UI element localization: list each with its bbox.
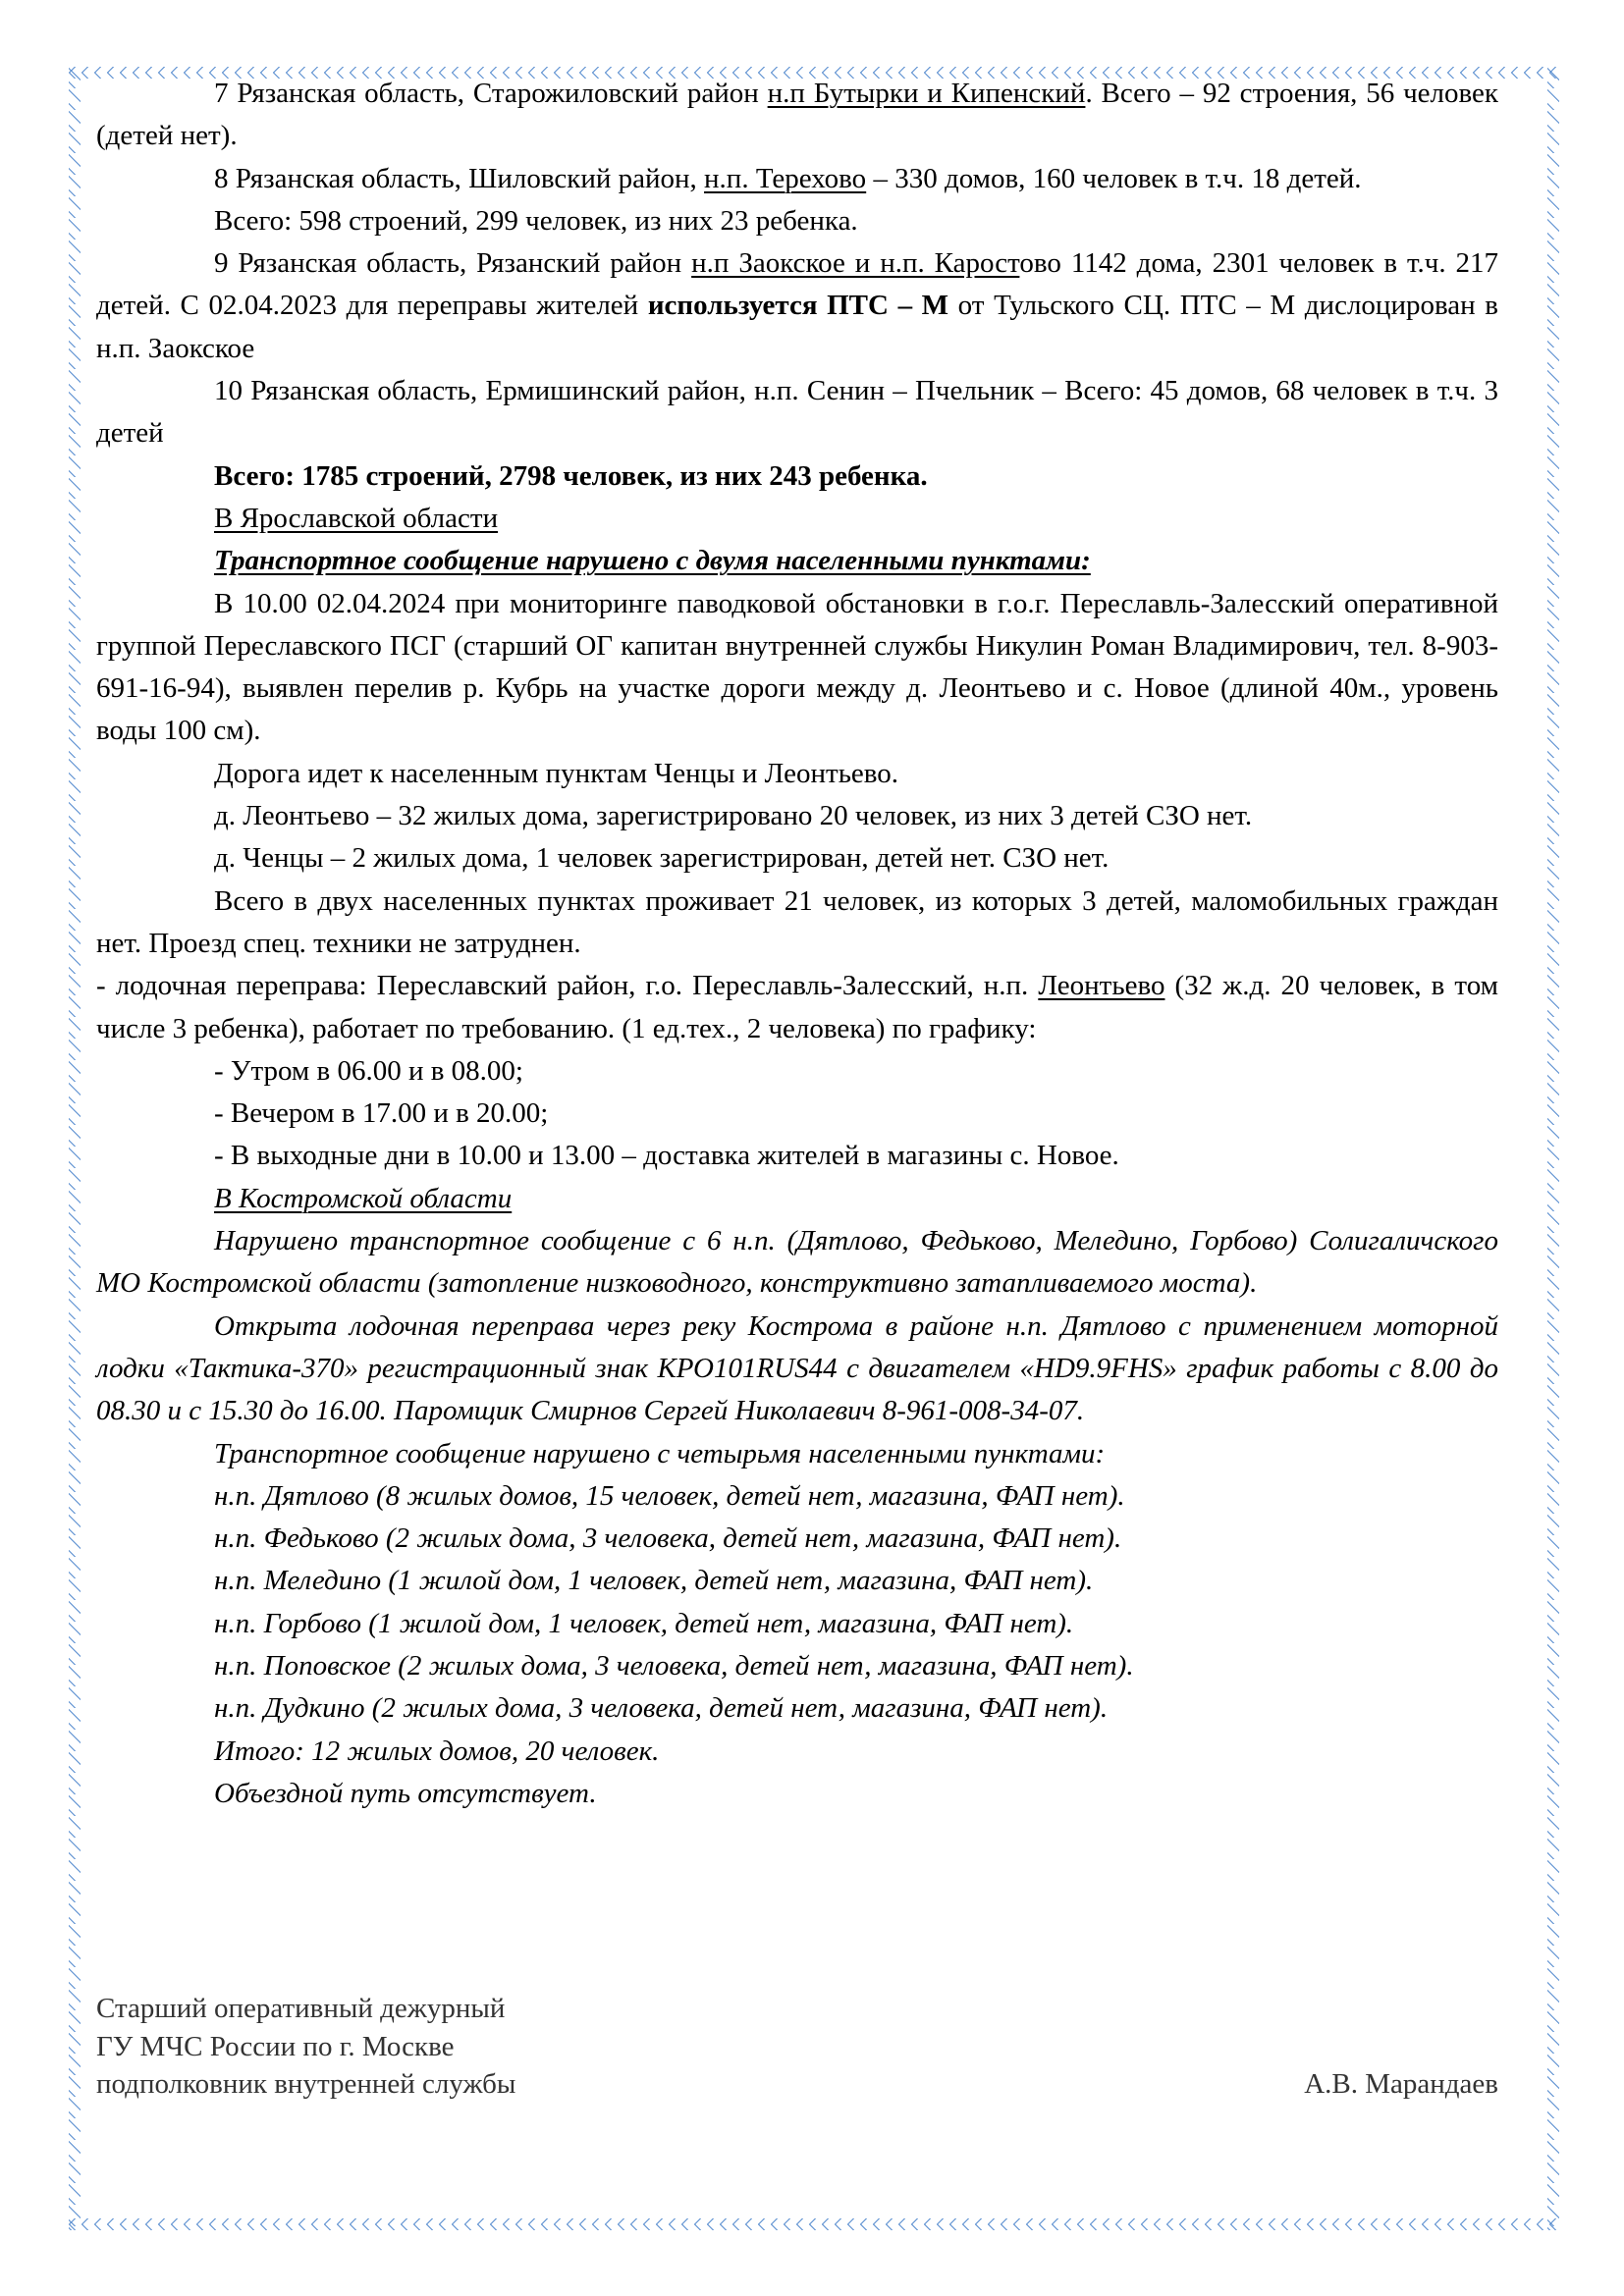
settlement-name: Леонтьево — [1038, 970, 1164, 1001]
item-text: 9 Рязанская область, Рязанский район — [214, 247, 691, 279]
kostroma-total: Итого: 12 жилых домов, 20 человек. — [96, 1731, 1498, 1773]
item-text: 7 Рязанская область, Старожиловский райо… — [214, 78, 768, 109]
kostroma-boat-crossing: Открыта лодочная переправа через реку Ко… — [96, 1306, 1498, 1433]
item-text: – 330 домов, 160 человек в т.ч. 18 детей… — [866, 163, 1361, 194]
yaroslavl-road: Дорога идет к населенным пунктам Ченцы и… — [96, 753, 1498, 795]
settlement-item: н.п. Дятлово (8 жилых домов, 15 человек,… — [96, 1475, 1498, 1518]
yaroslavl-heading: В Ярославской области — [96, 498, 1498, 540]
settlement-name: н.п. Терехово — [704, 163, 866, 194]
kostroma-heading: В Костромской области — [96, 1178, 1498, 1220]
border-bottom — [69, 2218, 1559, 2230]
item-text: 8 Рязанская область, Шиловский район, — [214, 163, 704, 194]
yaroslavl-leontyevo: д. Леонтьево – 32 жилых дома, зарегистри… — [96, 795, 1498, 837]
kostroma-detour: Объездной путь отсутствует. — [96, 1773, 1498, 1815]
schedule-item: - В выходные дни в 10.00 и 13.00 – доста… — [96, 1135, 1498, 1177]
kostroma-list-heading: Транспортное сообщение нарушено с четырь… — [96, 1433, 1498, 1475]
section-heading: В Костромской области — [214, 1183, 512, 1214]
ryazan-item-10: 10 Рязанская область, Ермишинский район,… — [96, 370, 1498, 455]
section-heading: В Ярославской области — [214, 503, 498, 534]
signature-position: Старший оперативный дежурный — [96, 1990, 1498, 2028]
signature-block: Старший оперативный дежурный ГУ МЧС Росс… — [96, 1990, 1498, 2104]
document-body: 7 Рязанская область, Старожиловский райо… — [96, 73, 1498, 1815]
yaroslavl-summary: Всего в двух населенных пунктах проживае… — [96, 881, 1498, 966]
signature-organization: ГУ МЧС России по г. Москве — [96, 2028, 1498, 2066]
ryazan-item-8: 8 Рязанская область, Шиловский район, н.… — [96, 158, 1498, 200]
section-subheading: Транспортное сообщение нарушено с двумя … — [214, 545, 1091, 576]
settlement-item: н.п. Федьково (2 жилых дома, 3 человека,… — [96, 1518, 1498, 1560]
kostroma-disruption: Нарушено транспортное сообщение с 6 н.п.… — [96, 1220, 1498, 1306]
border-left — [69, 67, 81, 2230]
ryazan-total: Всего: 1785 строений, 2798 человек, из н… — [96, 455, 1498, 498]
settlement-item: н.п. Горбово (1 жилой дом, 1 человек, де… — [96, 1603, 1498, 1645]
schedule-item: - Утром в 06.00 и в 08.00; — [96, 1050, 1498, 1093]
settlement-name: н.п Бутырки и Кипенский — [768, 78, 1086, 109]
settlement-item: н.п. Поповское (2 жилых дома, 3 человека… — [96, 1645, 1498, 1687]
emphasis-text: используется ПТС – М — [648, 290, 948, 321]
item-text: - лодочная переправа: Переславский район… — [96, 970, 1038, 1001]
border-right — [1547, 67, 1559, 2230]
yaroslavl-boat-crossing: - лодочная переправа: Переславский район… — [96, 965, 1498, 1050]
settlement-item: н.п. Дудкино (2 жилых дома, 3 человека, … — [96, 1687, 1498, 1730]
ryazan-item-9: 9 Рязанская область, Рязанский район н.п… — [96, 242, 1498, 370]
settlement-item: н.п. Меледино (1 жилой дом, 1 человек, д… — [96, 1560, 1498, 1602]
yaroslavl-monitoring: В 10.00 02.04.2024 при мониторинге павод… — [96, 583, 1498, 753]
ryazan-item-7: 7 Рязанская область, Старожиловский райо… — [96, 73, 1498, 158]
settlement-name: н.п Заокское и н.п. Карост — [691, 247, 1019, 279]
signature-rank-row: подполковник внутренней службы А.В. Мара… — [96, 2065, 1498, 2104]
yaroslavl-subheading: Транспортное сообщение нарушено с двумя … — [96, 540, 1498, 582]
signature-name: А.В. Марандаев — [1304, 2065, 1498, 2104]
yaroslavl-chentsy: д. Ченцы – 2 жилых дома, 1 человек зарег… — [96, 837, 1498, 880]
schedule-item: - Вечером в 17.00 и в 20.00; — [96, 1093, 1498, 1135]
ryazan-subtotal: Всего: 598 строений, 299 человек, из них… — [96, 200, 1498, 242]
signature-rank: подполковник внутренней службы — [96, 2065, 515, 2104]
